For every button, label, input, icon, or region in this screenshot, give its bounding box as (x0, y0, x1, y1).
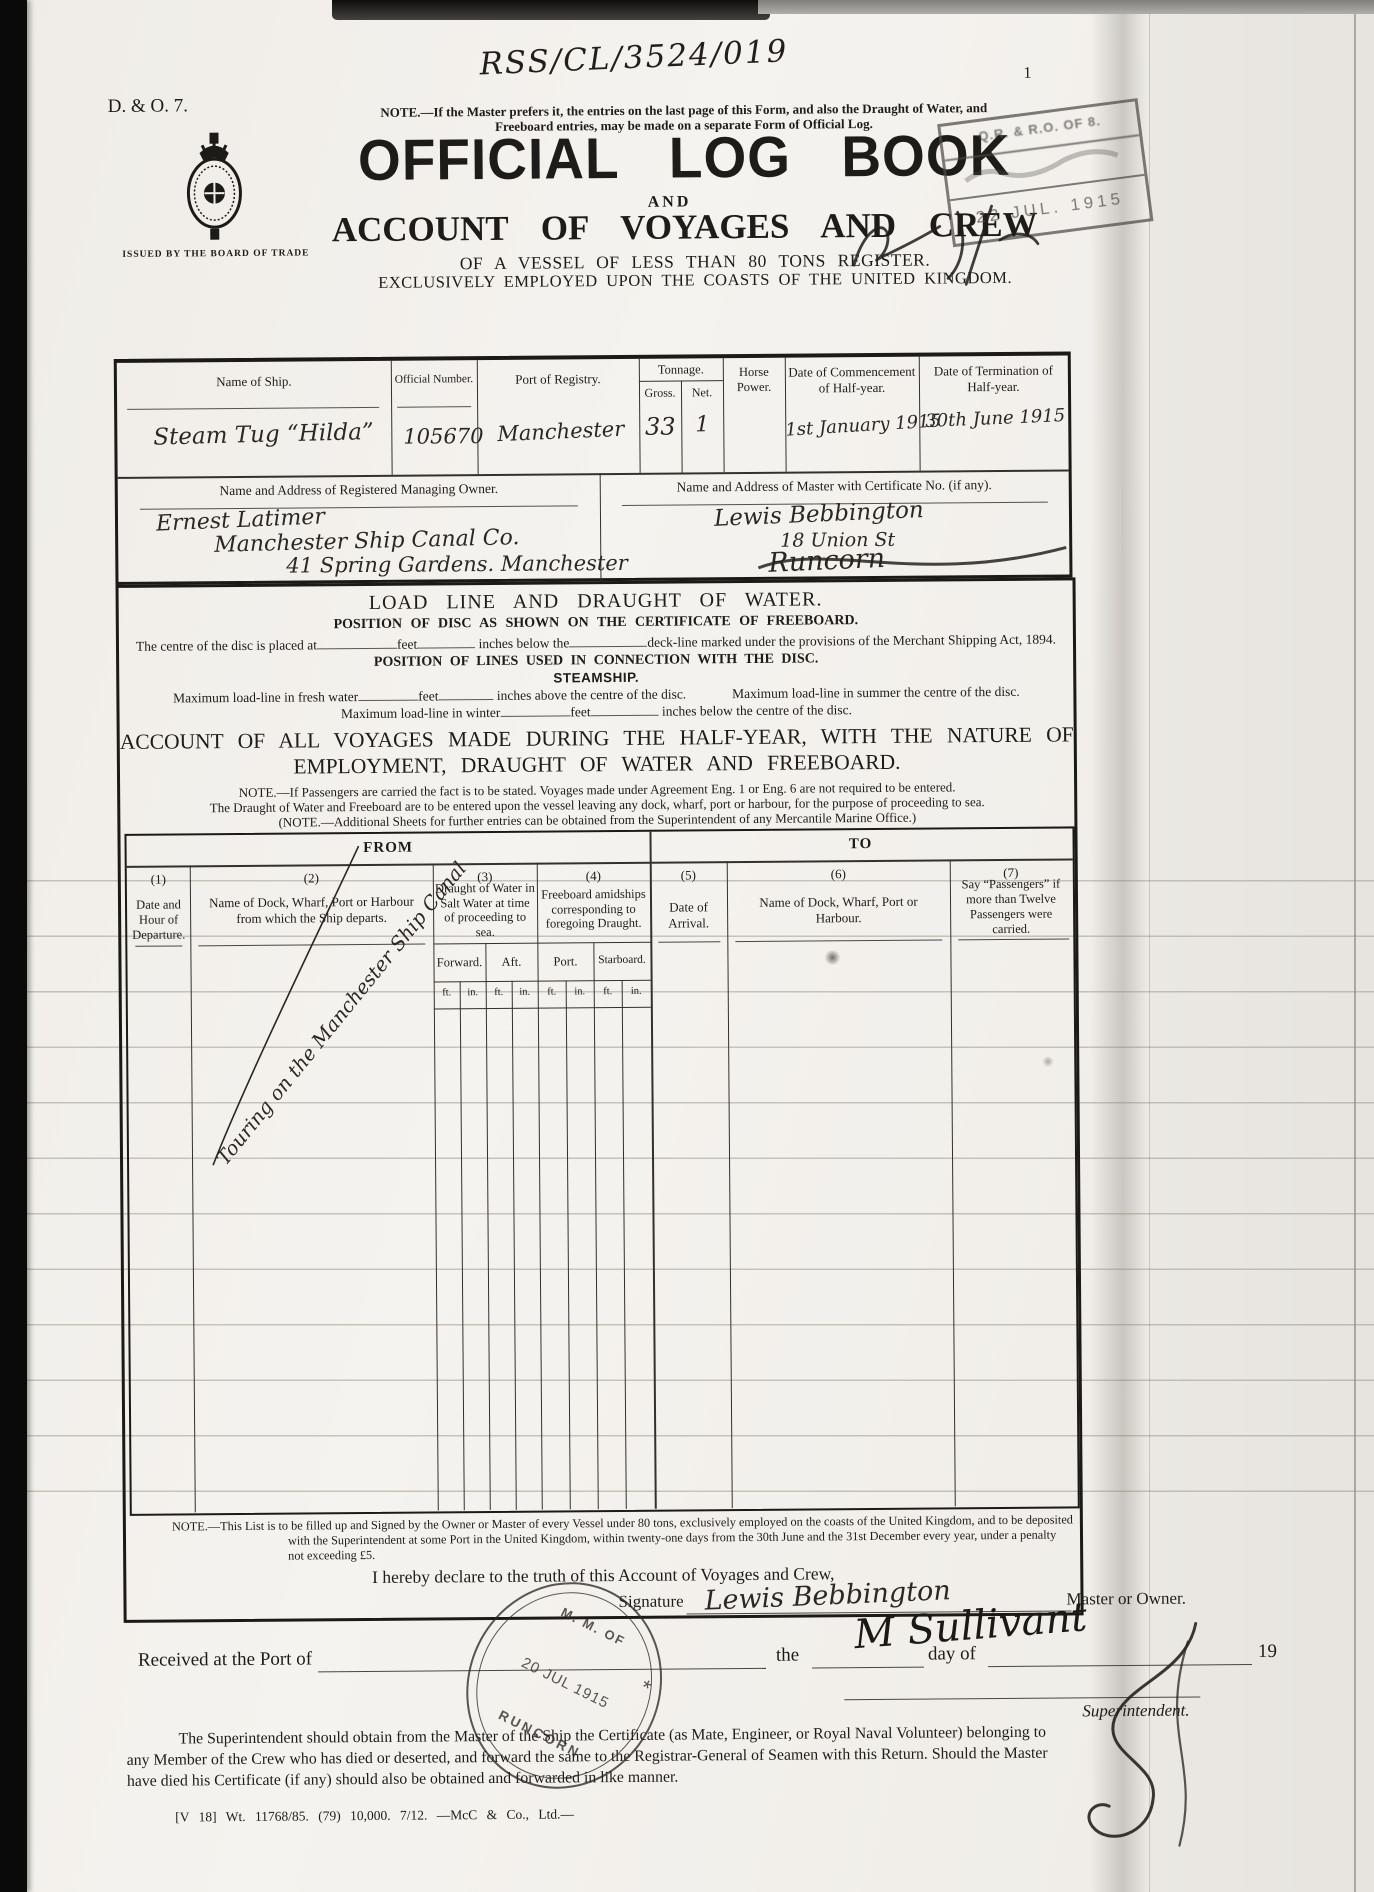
centre-mid: inches below the (479, 635, 570, 651)
in-label: in. (622, 986, 651, 997)
col6-number: (6) (727, 865, 950, 883)
centre-feet: feet (397, 637, 417, 652)
rule (658, 941, 720, 942)
col5-number: (5) (650, 867, 727, 884)
issued-by-label: ISSUED BY THE BOARD OF TRADE (111, 248, 321, 260)
rule (433, 942, 650, 945)
rule (950, 859, 956, 1506)
rule (135, 945, 182, 946)
rule (735, 939, 942, 942)
form-code: D. & O. 7. (108, 95, 188, 118)
col4-port-label: Port. (537, 954, 593, 969)
centre-pre: The centre of the disc is placed at (136, 637, 317, 653)
rule (593, 942, 598, 1509)
rule (622, 980, 627, 1509)
diagonal-pen-line (126, 828, 1076, 1512)
value-port-of-registry: Manchester (497, 417, 625, 446)
summer-text: Maximum load-line in summer the centre o… (732, 684, 1020, 701)
col4-number: (4) (537, 868, 650, 885)
to-header: TO (650, 834, 1072, 854)
fresh-pre: Maximum load-line in fresh water (173, 689, 358, 705)
rule (485, 943, 490, 1510)
rule (460, 981, 465, 1510)
value-termination-date: 30th June 1915 (925, 405, 1066, 432)
master-town: Runcorn (768, 543, 886, 579)
in-label: in. (512, 987, 538, 998)
owner-label: Name and Address of Registered Managing … (118, 480, 600, 500)
rule (512, 981, 517, 1510)
header-gross: Gross. (639, 386, 681, 401)
ft-label: ft. (434, 987, 460, 998)
owner-address: 41 Spring Gardens. Manchester (286, 551, 628, 578)
fresh-post: inches above the centre of the disc. (497, 686, 686, 702)
board-of-trade-crest-icon (168, 131, 261, 244)
header-name-of-ship: Name of Ship. (117, 373, 391, 391)
in-label: in. (460, 987, 486, 998)
header-horse-power: Horse Power. (723, 365, 785, 395)
blank-line (591, 703, 659, 717)
col4-starboard-label: Starboard. (593, 954, 650, 966)
ft-label: ft. (594, 986, 622, 997)
blank-line (417, 635, 475, 648)
pen-flourish (1036, 1613, 1238, 1885)
value-commencement-date: 1st January 1915 (785, 410, 942, 440)
voyage-table: FROM TO (124, 826, 1079, 1515)
rule (727, 861, 733, 1508)
col3-aft-label: Aft. (485, 955, 537, 970)
rule (397, 406, 471, 408)
winter-post: inches below the centre of the disc. (662, 702, 852, 718)
rule (566, 980, 571, 1509)
rule (127, 407, 379, 410)
ship-particulars-table: Name of Ship. Official Number. Port of R… (114, 351, 1073, 585)
value-gross-tonnage: 33 (639, 413, 681, 441)
winter-pre: Maximum load-line in winter (341, 705, 500, 721)
header-port-of-registry: Port of Registry. (477, 371, 639, 388)
rule (958, 938, 1069, 940)
winter-feet: feet (570, 704, 590, 719)
received-the: the (776, 1645, 799, 1667)
blank-line (317, 636, 397, 650)
value-official-number: 105670 (403, 424, 483, 449)
master-name: Lewis Bebbington (714, 497, 925, 532)
form-content: RSS/CL/3524/019 1 D. & O. 7. NOTE.—If th… (0, 0, 1374, 1892)
col5-label: Date of Arrival. (650, 899, 727, 932)
master-label: Name and Address of Master with Certific… (600, 476, 1069, 496)
blank-line (358, 688, 418, 701)
scanned-log-book-page: RSS/CL/3524/019 1 D. & O. 7. NOTE.—If th… (0, 0, 1374, 1892)
in-label: in. (566, 986, 594, 997)
col1-label: Date and Hour of Departure. (129, 897, 188, 942)
from-header: FROM (127, 838, 650, 859)
rule (812, 1667, 924, 1669)
ft-label: ft. (486, 987, 512, 998)
rule (190, 865, 196, 1512)
col1-number: (1) (127, 871, 190, 887)
received-prefix: Received at the Port of (138, 1648, 312, 1671)
header-net: Net. (681, 385, 723, 400)
print-imprint: [V 18] Wt. 11768/85. (79) 10,000. 7/12. … (175, 1806, 574, 1825)
rule (434, 980, 651, 983)
main-form-box: LOAD LINE AND DRAUGHT OF WATER. POSITION… (116, 577, 1084, 1623)
col2-number: (2) (190, 869, 433, 887)
value-net-tonnage: 1 (681, 412, 723, 437)
header-termination: Date of Termination of Half-year. (919, 362, 1068, 395)
ft-label: ft. (538, 986, 566, 997)
archive-reference: RSS/CL/3524/019 (479, 33, 789, 82)
centre-post: deck-line marked under the provisions of… (647, 632, 1056, 650)
col3-forward-label: Forward. (433, 955, 485, 970)
rule (649, 832, 656, 1509)
main-title: OFFICIAL LOG BOOK (324, 121, 1045, 194)
header-commencement: Date of Commencement of Half-year. (785, 364, 919, 397)
pen-scrawl (840, 200, 1051, 294)
col6-label: Name of Dock, Wharf, Port or Harbour. (747, 894, 930, 927)
col4-label: Freeboard amidships corresponding to for… (539, 887, 648, 931)
header-tonnage: Tonnage. (639, 362, 723, 378)
value-name-of-ship: Steam Tug “Hilda” (153, 419, 374, 451)
col2-label: Name of Dock, Wharf, Port or Harbour fro… (205, 894, 418, 928)
blank-line (500, 703, 570, 717)
blank-line (438, 687, 493, 700)
page-number: 1 (1023, 65, 1031, 83)
col7-label: Say “Passengers” if more than Twelve Pas… (954, 876, 1068, 937)
fresh-feet: feet (418, 688, 438, 703)
rule (434, 1007, 651, 1010)
received-year: 19 (1258, 1641, 1277, 1663)
blank-line (569, 634, 647, 648)
header-official-number: Official Number. (391, 373, 477, 386)
